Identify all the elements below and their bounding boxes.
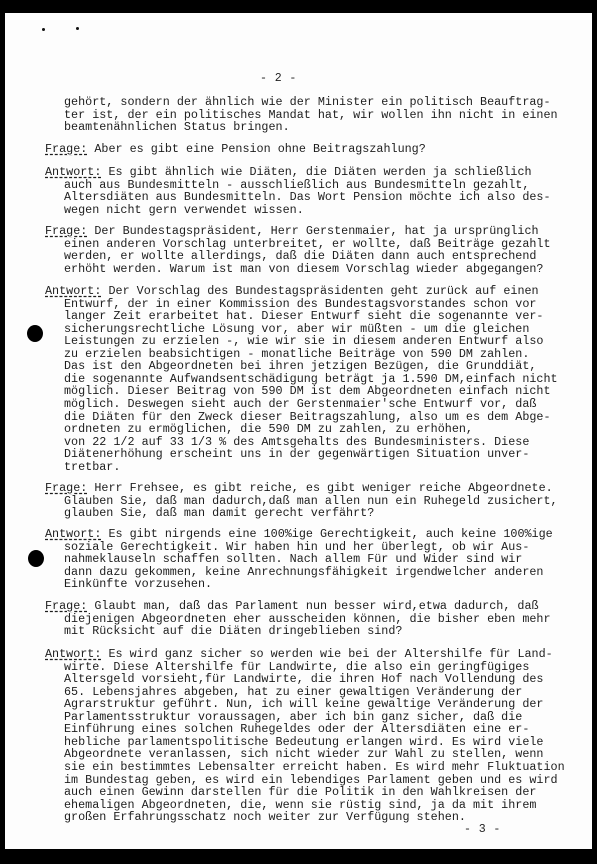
antwort-label: Antwort: [45,647,101,661]
punch-hole-top [27,325,43,342]
text-line: Glauben Sie, daß man dadurch,daß man all… [64,495,558,507]
text-line: Abgeordnete veranlassen, sich nicht wied… [64,748,543,760]
text-line: glauben Sie, daß man damit gerecht verfä… [64,507,374,519]
text-line: wegen nicht gern verwendet wissen. [64,204,304,216]
text-line: ehemaligen Abgeordneten, die, wenn sie r… [64,799,536,811]
text-line: zu erzielen beabsichtigen - monatliche B… [64,348,529,360]
text-line: mit Rücksicht auf die Diäten dringeblieb… [64,625,402,637]
line-text: Glaubt man, daß das Parlament nun besser… [87,599,538,613]
text-line: großen Erfahrungsschatz noch weiter zur … [64,811,466,823]
text-line: Einführung eines solchen Ruhegeldes oder… [64,723,529,735]
text-line: Frage: Glaubt man, daß das Parlament nun… [45,600,539,612]
antwort-label: Antwort: [45,284,101,298]
text-line: dann dazu gekommen, keine Anrechnungsfäh… [64,566,543,578]
text-line: die Diäten für den Zweck dieser Beitrags… [64,411,551,423]
text-line: Entwurf, der in einer Kommission des Bun… [64,298,536,310]
text-line: einen anderen Vorschlag unterbreitet, er… [64,238,551,250]
frage-label: Frage: [45,481,87,495]
text-line: Altersdiäten aus Bundesmitteln. Das Wort… [64,191,551,203]
text-line: sicherungsrechtliche Lösung vor, aber wi… [64,323,529,335]
frage-label: Frage: [45,599,87,613]
page-number-bottom: - 3 - [464,823,501,836]
text-line: Altersgeld vorsieht,für Landwirte, die i… [64,673,543,685]
line-text: Herr Frehsee, es gibt reiche, es gibt we… [87,481,552,495]
text-line: werden, er wollte allerdings, daß die Di… [64,250,536,262]
text-line: auch aus Bundesmitteln - ausschließlich … [64,179,529,191]
line-text: Der Vorschlag des Bundestagspräsidenten … [101,284,538,298]
text-line: Antwort: Es gibt ähnlich wie Diäten, die… [45,166,532,178]
text-line: möglich. Deswegen sieht auch der Gersten… [64,398,536,410]
text-line: nahmeklauseln schaffen sollten. Nach all… [64,553,522,565]
text-line: Antwort: Es gibt nirgends eine 100%ige G… [45,528,553,540]
antwort-label: Antwort: [45,527,101,541]
text-line: langer Zeit erarbeitet hat. Dieser Entwu… [64,310,543,322]
text-line: von 22 1/2 auf 33 1/3 % des Amtsgehalts … [64,436,529,448]
antwort-label: Antwort: [45,165,101,179]
text-line: auch einen Gewinn darstellen für die Pol… [64,786,536,798]
line-text: Es gibt ähnlich wie Diäten, die Diäten w… [101,165,531,179]
text-line: Leistungen zu erzielen -, wie wir sie in… [64,335,543,347]
frage-label: Frage: [45,224,87,238]
text-line: Frage: Herr Frehsee, es gibt reiche, es … [45,482,553,494]
text-line: erhöht werden. Warum ist man von diesem … [64,263,543,275]
text-line: die sogenannte Aufwandsentschädigung bet… [64,373,558,385]
paper-speck [76,27,79,30]
document-page: - 2 - gehört, sondern der ähnlich wie de… [5,13,592,849]
text-line: Agrarstruktur geführt. Nun, ich will kei… [64,698,543,710]
text-line: im Bundestag geben, es wird ein lebendig… [64,774,558,786]
text-line: ter ist, der ein politisches Mandat hat,… [64,109,558,121]
text-line: Parlamentsstruktur voraussagen, aber ich… [64,711,522,723]
text-line: Antwort: Es wird ganz sicher so werden w… [45,648,553,660]
text-line: Das ist den Abgeordneten bei ihren jetzi… [64,360,536,372]
line-text: Es wird ganz sicher so werden wie bei de… [101,647,552,661]
text-line: Frage: Der Bundestagspräsident, Herr Ger… [45,225,539,237]
line-text: Der Bundestagspräsident, Herr Gerstenmai… [87,224,538,238]
text-line: wirte. Diese Altershilfe für Landwirte, … [64,661,529,673]
text-line: möglich. Dieser Beitrag von 590 DM ist d… [64,385,551,397]
text-line: Frage: Aber es gibt eine Pension ohne Be… [45,143,426,155]
text-line: soziale Gerechtigkeit. Wir haben hin und… [64,541,529,553]
text-line: Einkünfte vorzusehen. [64,578,212,590]
text-line: ordneten zu ermöglichen, die 590 DM zu z… [64,423,473,435]
text-line: diejenigen Abgeordneten eher ausscheiden… [64,613,551,625]
text-line: gehört, sondern der ähnlich wie der Mini… [64,96,551,108]
text-line: hebliche parlamentspolitische Bedeutung … [64,736,543,748]
text-line: tretbar. [64,461,120,473]
text-line: sie ein bestimmtes Lebensalter erreicht … [64,761,565,773]
frage-label: Frage: [45,142,87,156]
paper-speck [42,28,45,31]
punch-hole-bottom [28,550,44,567]
text-line: Antwort: Der Vorschlag des Bundestagsprä… [45,285,539,297]
line-text: Aber es gibt eine Pension ohne Beitragsz… [87,142,425,156]
page-number-top: - 2 - [260,72,297,85]
text-line: beamtenähnlichen Status bringen. [64,121,290,133]
text-line: Diätenerhöhung erscheint uns in der gege… [64,448,529,460]
line-text: Es gibt nirgends eine 100%ige Gerechtigk… [101,527,552,541]
text-line: 65. Lebensjahres abgeben, hat zu einer g… [64,686,522,698]
